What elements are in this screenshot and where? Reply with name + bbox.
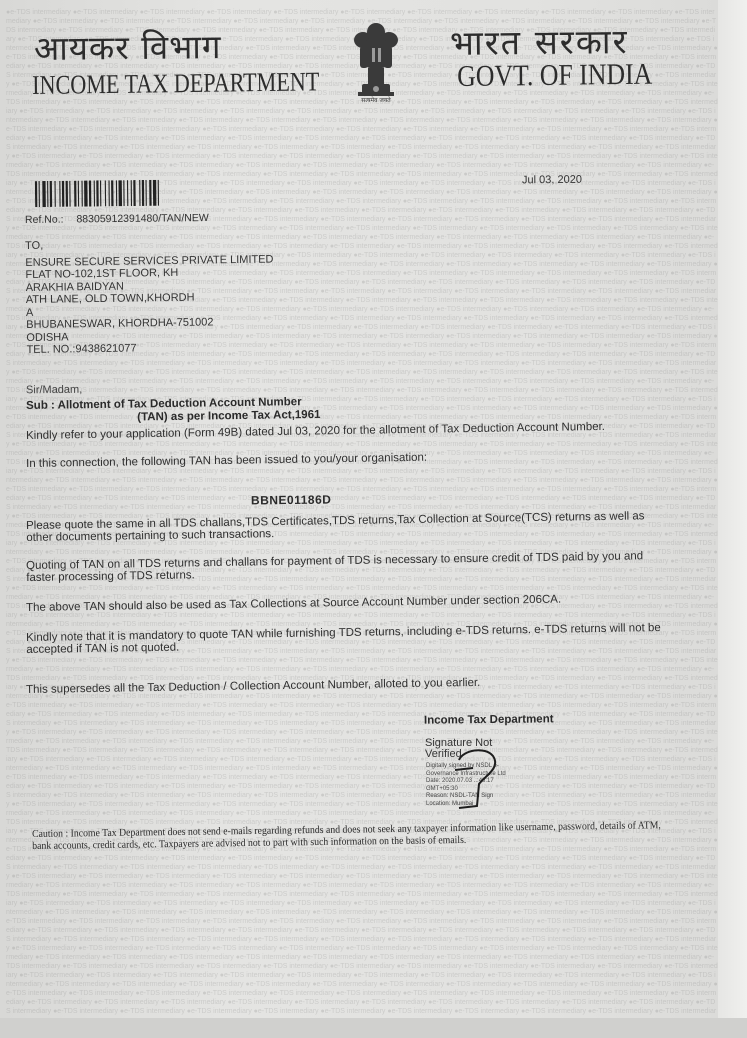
tan-allotment-letter: ●e-TDS intermediary ●e-TDS intermediary … [0,0,747,1038]
subject: Sub : Allotment of Tax Deduction Account… [26,396,321,426]
to-label: TO, [25,237,273,253]
tan-number: BBNE01186D [251,493,332,508]
reference-number: Ref.No.: 88305912391480/TAN/NEW [25,212,209,226]
department-name-hindi: आयकर विभाग [34,23,222,70]
state-emblem-icon [350,18,402,108]
paragraph-quoting: Quoting of TAN on all TDS returns and ch… [26,550,671,584]
emblem-motto: सत्यमेव जयते [349,96,403,104]
letter-content: आयकर विभाग INCOME TAX DEPARTMENT सत्यमेव… [0,0,747,1038]
signatory-department: Income Tax Department [424,713,554,726]
letter-date: Jul 03, 2020 [522,174,582,187]
address-line: TEL. NO.:9438621077 [26,341,274,357]
signature-question-mark-icon [455,746,500,816]
paragraph-supersedes: This supersedes all the Tax Deduction / … [26,674,686,696]
caution-notice: Caution : Income Tax Department does not… [32,820,674,853]
paragraph-mandatory: Kindly note that it is mandatory to quot… [26,622,686,656]
reference-value: 88305912391480/TAN/NEW [76,212,208,225]
government-name-english: GOVT. OF INDIA [457,58,652,94]
paragraph-quote: Please quote the same in all TDS challan… [26,510,656,544]
paragraph-connection: In this connection, the following TAN ha… [26,448,686,470]
recipient-address: TO, ENSURE SECURE SERVICES PRIVATE LIMIT… [25,237,275,357]
department-name-english: INCOME TAX DEPARTMENT [32,66,319,101]
paragraph-tcs: The above TAN should also be used as Tax… [26,592,686,614]
barcode [35,179,245,207]
reference-label: Ref.No.: [25,214,64,226]
salutation: Sir/Madam, [26,384,82,397]
